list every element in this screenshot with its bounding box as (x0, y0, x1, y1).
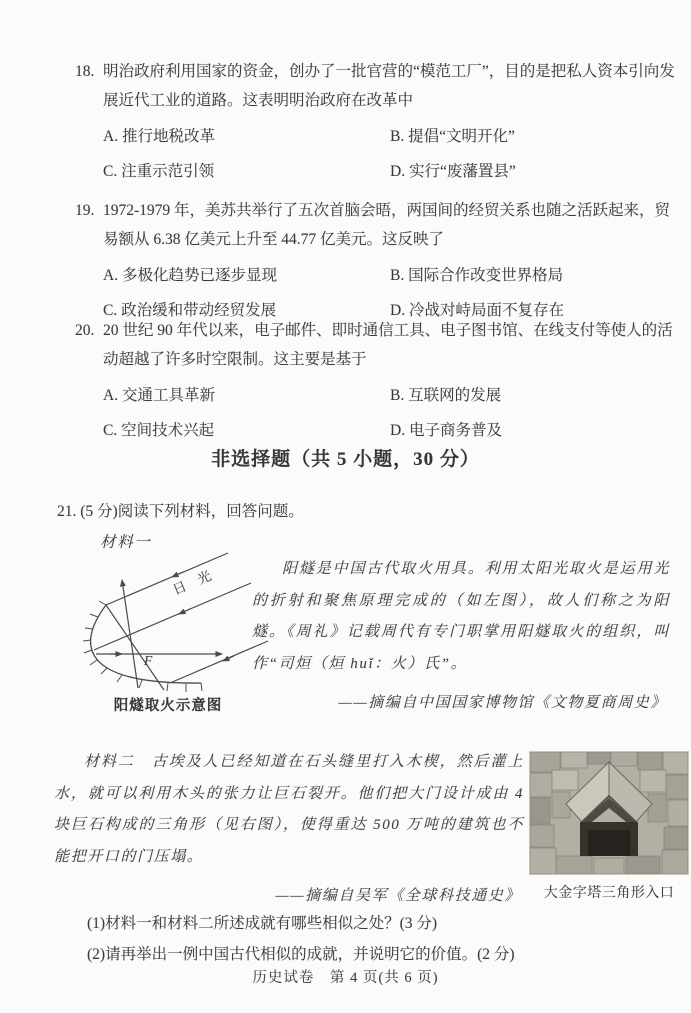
pyramid-entrance-photo (529, 751, 689, 875)
yangsui-diagram-drawing: 日 光 F (66, 550, 270, 692)
sun-rays (94, 553, 268, 683)
material-1-text: 阳燧是中国古代取火用具。利用太阳光取火是运用光的折射和聚焦原理完成的（如左图），… (252, 554, 670, 680)
question-20-option-a: A. 交通工具革新 (103, 381, 390, 410)
sub-question-1: (1)材料一和材料二所述成就有哪些相似之处？(3 分) (87, 911, 437, 933)
question-19: 19. 1972-1979 年，美苏共举行了五次首脑会晤，两国间的经贸关系也随之… (75, 196, 683, 325)
section-header: 非选择题（共 5 小题，30 分） (0, 444, 691, 471)
page-footer: 历史试卷 第 4 页(共 6 页) (0, 966, 691, 987)
reflected-rays (96, 580, 222, 690)
material-2-text: 材料二 古埃及人已经知道在石头缝里打入木楔，然后灌上水，就可以利用木头的张力让巨… (54, 747, 524, 873)
question-18-options: A. 推行地税改革 B. 提倡“文明开化” C. 注重示范引领 D. 实行“废藩… (103, 122, 683, 186)
sub-question-2: (2)请再举出一例中国古代相似的成就，并说明它的价值。(2 分) (87, 942, 515, 964)
question-18-number: 18. (75, 57, 103, 115)
focus-label: F (143, 653, 153, 668)
material-1-label: 材料一 (100, 530, 151, 552)
question-20-number: 20. (75, 316, 103, 374)
material-2-source: ——摘编自吴军《全球科技通史》 (54, 884, 521, 905)
pyramid-photo-figure: 大金字塔三角形入口 (529, 751, 689, 902)
sunlight-label: 日 光 (170, 565, 218, 597)
question-18-stem: 明治政府利用国家的资金，创办了一批官营的“模范工厂”，目的是把私人资本引向发展近… (103, 57, 683, 115)
question-20-option-d: D. 电子商务普及 (390, 416, 683, 445)
question-18: 18. 明治政府利用国家的资金，创办了一批官营的“模范工厂”，目的是把私人资本引… (75, 57, 683, 186)
question-18-option-d: D. 实行“废藩置县” (390, 157, 683, 186)
question-21-heading: 21. (5 分)阅读下列材料，回答问题。 (57, 499, 304, 521)
question-20-option-c: C. 空间技术兴起 (103, 416, 390, 445)
question-18-option-a: A. 推行地税改革 (103, 122, 390, 151)
question-20-options: A. 交通工具革新 B. 互联网的发展 C. 空间技术兴起 D. 电子商务普及 (103, 381, 683, 445)
question-18-option-b: B. 提倡“文明开化” (390, 122, 683, 151)
exam-page: 18. 明治政府利用国家的资金，创办了一批官营的“模范工厂”，目的是把私人资本引… (0, 0, 691, 1013)
question-19-stem: 1972-1979 年，美苏共举行了五次首脑会晤，两国间的经贸关系也随之活跃起来… (103, 196, 683, 254)
question-20-stem: 20 世纪 90 年代以来，电子邮件、即时通信工具、电子图书馆、在线支付等使人的… (103, 316, 683, 374)
material-1-source: ——摘编自中国国家博物馆《文物夏商周史》 (0, 691, 667, 712)
question-19-number: 19. (75, 196, 103, 254)
question-18-option-c: C. 注重示范引领 (103, 157, 390, 186)
question-20: 20. 20 世纪 90 年代以来，电子邮件、即时通信工具、电子图书馆、在线支付… (75, 316, 683, 445)
question-19-option-a: A. 多极化趋势已逐步显现 (103, 261, 390, 290)
question-19-option-b: B. 国际合作改变世界格局 (390, 261, 683, 290)
question-20-option-b: B. 互联网的发展 (390, 381, 683, 410)
photo-caption: 大金字塔三角形入口 (529, 882, 689, 902)
